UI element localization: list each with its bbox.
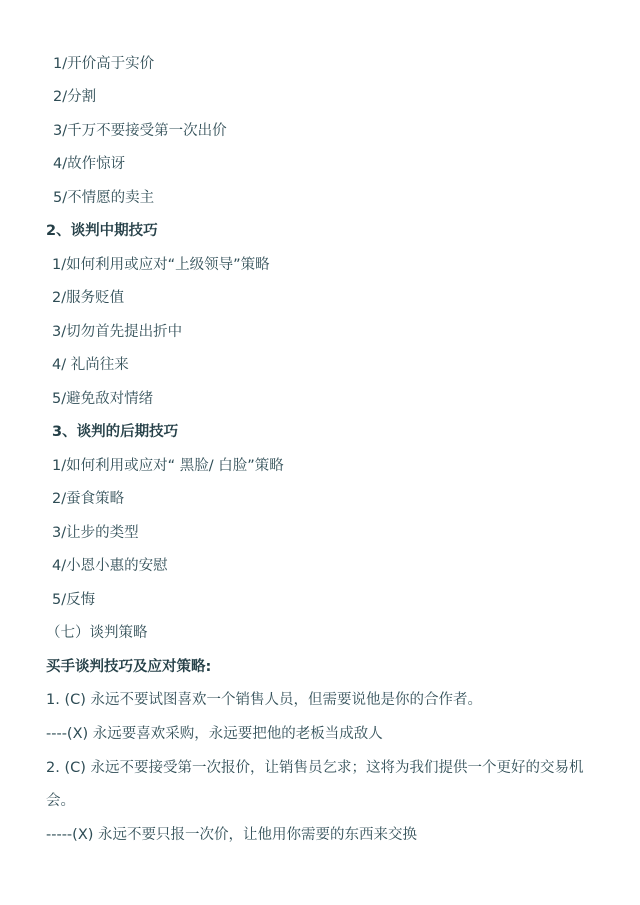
list-item: 4/故作惊讶 [53,154,125,174]
list-item: 4/小恩小惠的安慰 [52,556,168,576]
list-item: 3/让步的类型 [52,523,139,543]
list-item: 5/不情愿的卖主 [53,188,154,208]
section-heading: 3、谈判的后期技巧 [52,422,178,442]
paragraph-line: -----(X) 永远不要只报一次价，让他用你需要的东西来交换 [46,825,417,845]
list-item: 2/分割 [53,87,96,107]
list-item: 3/切勿首先提出折中 [52,322,182,342]
list-item: 5/反悔 [52,590,95,610]
paragraph-line: ----(X) 永远要喜欢采购，永远要把他的老板当成敌人 [46,724,383,744]
paragraph-line: 2. (C) 永远不要接受第一次报价，让销售员乞求；这将为我们提供一个更好的交易… [46,758,584,778]
subsection-title: （七）谈判策略 [46,623,148,643]
list-item: 5/避免敌对情绪 [52,389,153,409]
list-item: 1/如何利用或应对“ 黑脸/ 白脸”策略 [52,456,284,476]
list-item: 3/千万不要接受第一次出价 [53,121,227,141]
list-item: 2/服务贬值 [52,288,124,308]
paragraph-line: 会。 [46,791,75,811]
document-page: 1/开价高于实价 2/分割 3/千万不要接受第一次出价 4/故作惊讶 5/不情愿… [0,0,640,905]
list-item: 1/如何利用或应对“上级领导”策略 [52,255,270,275]
paragraph-line: 1. (C) 永远不要试图喜欢一个销售人员，但需要说他是你的合作者。 [46,690,482,710]
list-item: 2/蚕食策略 [52,489,124,509]
list-item: 1/开价高于实价 [53,54,154,74]
section-heading: 买手谈判技巧及应对策略: [46,657,211,677]
section-heading: 2、谈判中期技巧 [46,221,158,241]
list-item: 4/ 礼尚往来 [52,355,129,375]
